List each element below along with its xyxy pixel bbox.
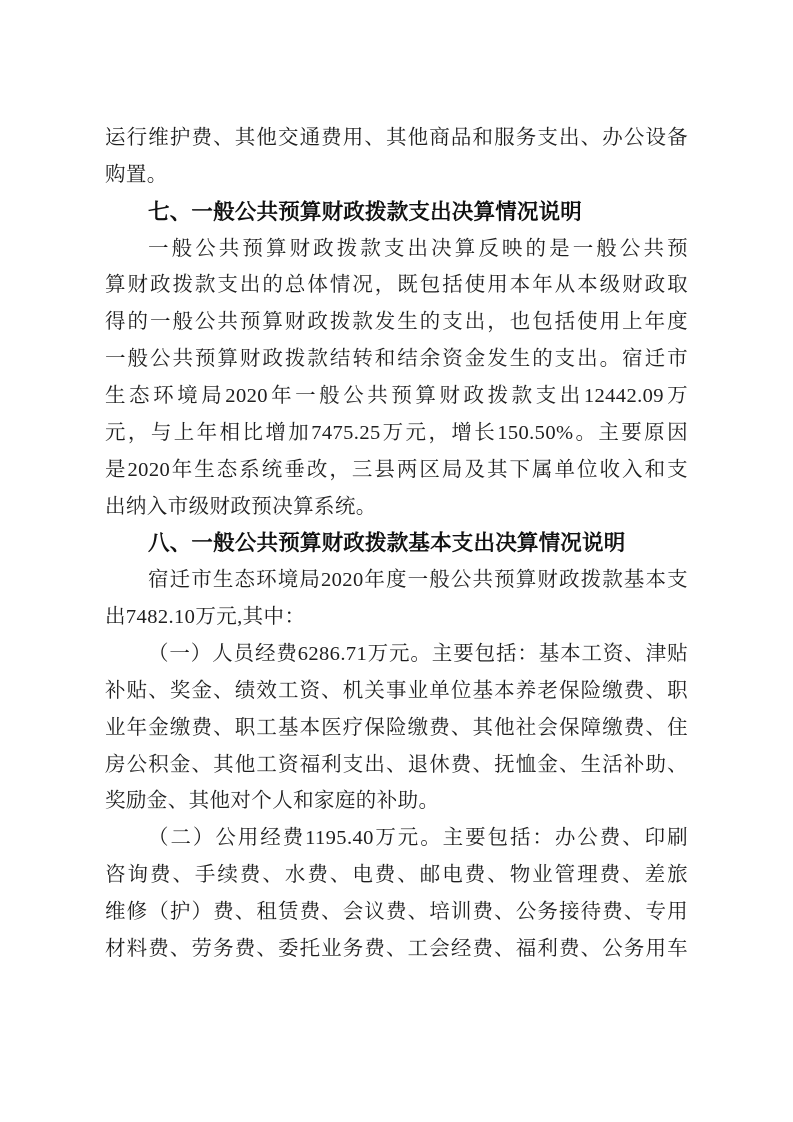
text-line: 一般公共预算财政拨款结转和结余资金发生的支出。宿迁市 — [105, 341, 688, 378]
text-line: 业年金缴费、职工基本医疗保险缴费、其他社会保障缴费、住 — [105, 710, 688, 747]
text-line: 购置。 — [105, 157, 688, 194]
text-line: 宿迁市生态环境局2020年度一般公共预算财政拨款基本支 — [105, 562, 688, 599]
text-line: 出7482.10万元,其中： — [105, 599, 688, 636]
text-line: 奖励金、其他对个人和家庭的补助。 — [105, 783, 688, 820]
text-line: 补贴、奖金、绩效工资、机关事业单位基本养老保险缴费、职 — [105, 673, 688, 710]
text-line: 生态环境局2020年一般公共预算财政拨款支出12442.09万 — [105, 378, 688, 415]
text-line: 是2020年生态系统垂改，三县两区局及其下属单位收入和支 — [105, 452, 688, 489]
section-heading: 七、一般公共预算财政拨款支出决算情况说明 — [105, 194, 688, 231]
text-line: 算财政拨款支出的总体情况，既包括使用本年从本级财政取 — [105, 267, 688, 304]
text-line: （一）人员经费6286.71万元。主要包括：基本工资、津贴 — [105, 636, 688, 673]
text-line: 得的一般公共预算财政拨款发生的支出，也包括使用上年度 — [105, 304, 688, 341]
text-line: 维修（护）费、租赁费、会议费、培训费、公务接待费、专用 — [105, 894, 688, 931]
section-heading: 八、一般公共预算财政拨款基本支出决算情况说明 — [105, 525, 688, 562]
text-line: 材料费、劳务费、委托业务费、工会经费、福利费、公务用车 — [105, 931, 688, 968]
text-line: 房公积金、其他工资福利支出、退休费、抚恤金、生活补助、 — [105, 747, 688, 784]
text-block: 运行维护费、其他交通费用、其他商品和服务支出、办公设备购置。七、一般公共预算财政… — [105, 120, 688, 968]
text-line: 元，与上年相比增加7475.25万元，增长150.50%。主要原因 — [105, 415, 688, 452]
text-line: 咨询费、手续费、水费、电费、邮电费、物业管理费、差旅费、 — [105, 857, 688, 894]
text-line: 出纳入市级财政预决算系统。 — [105, 489, 688, 526]
text-line: 运行维护费、其他交通费用、其他商品和服务支出、办公设备 — [105, 120, 688, 157]
text-line: 一般公共预算财政拨款支出决算反映的是一般公共预 — [105, 231, 688, 268]
text-line: （二）公用经费1195.40万元。主要包括：办公费、印刷费、 — [105, 820, 688, 857]
document-page: 运行维护费、其他交通费用、其他商品和服务支出、办公设备购置。七、一般公共预算财政… — [0, 0, 793, 1122]
